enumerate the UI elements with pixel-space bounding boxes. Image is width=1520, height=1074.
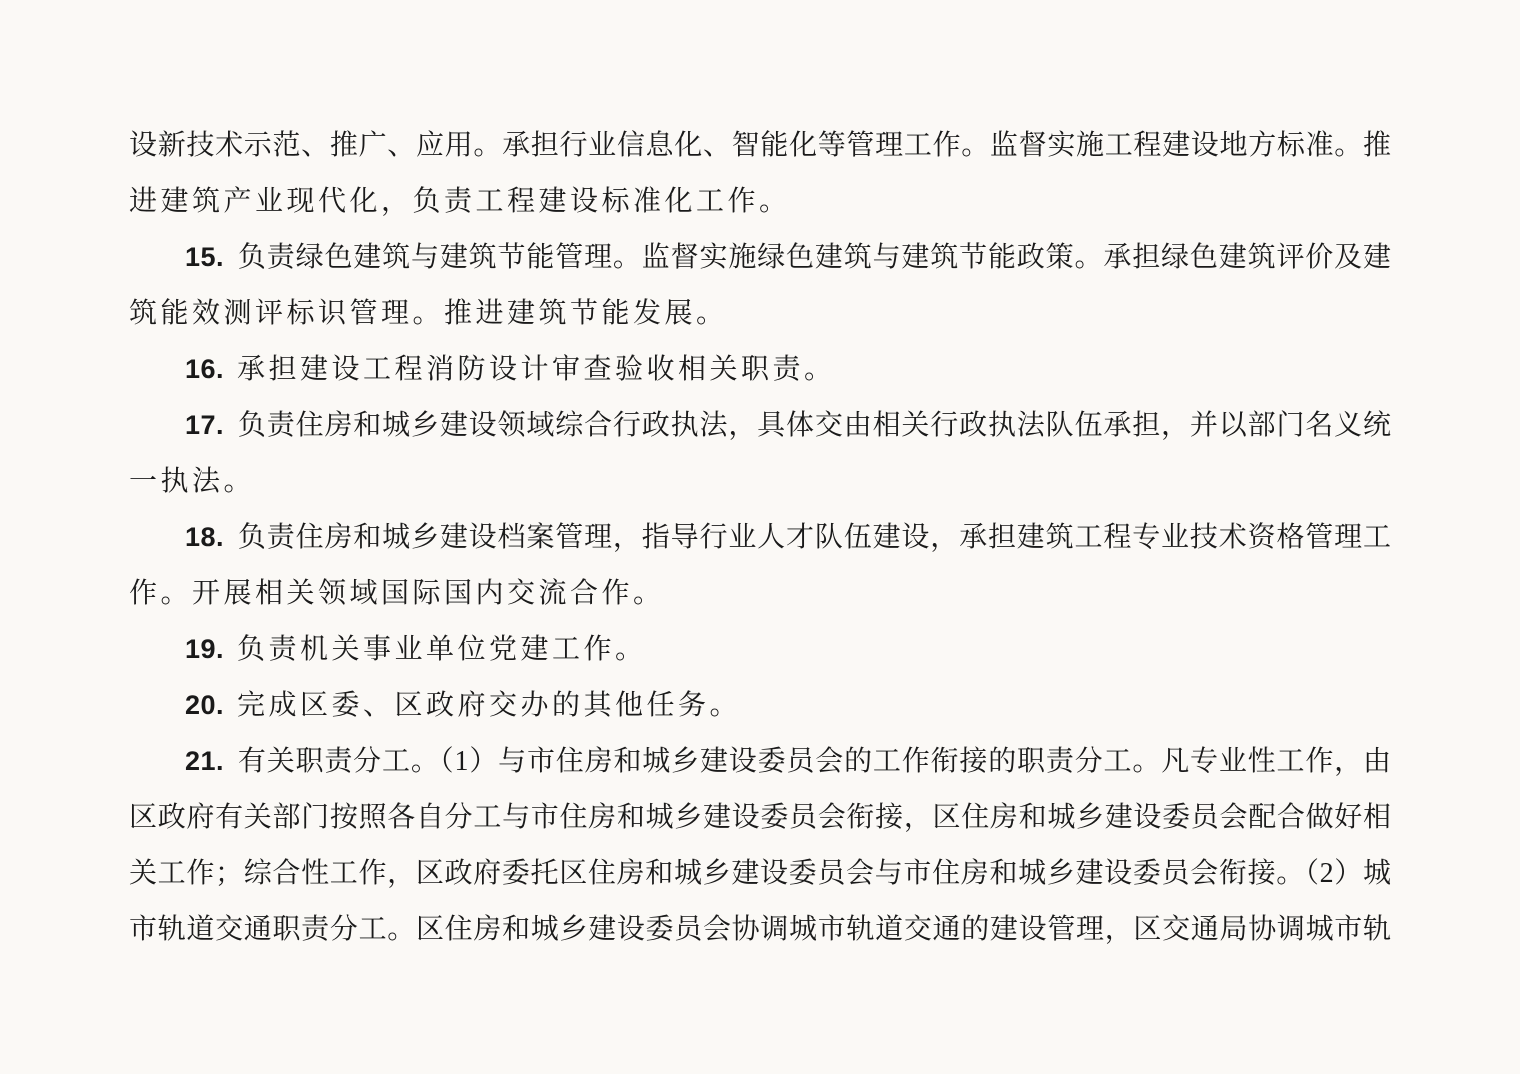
line-text: 作。开展相关领域国际国内交流合作。 bbox=[129, 578, 665, 609]
line-text: 负责住房和城乡建设领域综合行政执法，具体交由相关行政执法队伍承担，并以部门名义统 bbox=[237, 410, 1391, 441]
line-text: 市轨道交通职责分工。区住房和城乡建设委员会协调城市轨道交通的建设管理，区交通局协… bbox=[129, 914, 1391, 945]
text-line: 关工作；综合性工作，区政府委托区住房和城乡建设委员会与市住房和城乡建设委员会衔接… bbox=[129, 845, 1391, 901]
list-number: 20. bbox=[185, 690, 224, 720]
line-text: 一执法。 bbox=[129, 466, 255, 497]
line-text: 负责绿色建筑与建筑节能管理。监督实施绿色建筑与建筑节能政策。承担绿色建筑评价及建 bbox=[237, 242, 1391, 273]
list-number: 19. bbox=[185, 634, 224, 664]
text-line: 18.负责住房和城乡建设档案管理，指导行业人才队伍建设，承担建筑工程专业技术资格… bbox=[129, 509, 1391, 565]
line-text: 有关职责分工。（1）与市住房和城乡建设委员会的工作衔接的职责分工。凡专业性工作，… bbox=[237, 746, 1391, 777]
text-line: 设新技术示范、推广、应用。承担行业信息化、智能化等管理工作。监督实施工程建设地方… bbox=[129, 117, 1391, 173]
text-line: 19.负责机关事业单位党建工作。 bbox=[129, 621, 1391, 677]
text-line: 21.有关职责分工。（1）与市住房和城乡建设委员会的工作衔接的职责分工。凡专业性… bbox=[129, 733, 1391, 789]
line-text: 承担建设工程消防设计审查验收相关职责。 bbox=[237, 354, 836, 385]
list-number: 21. bbox=[185, 746, 224, 776]
text-line: 16.承担建设工程消防设计审查验收相关职责。 bbox=[129, 341, 1391, 397]
line-text: 负责机关事业单位党建工作。 bbox=[237, 634, 647, 665]
text-line: 17.负责住房和城乡建设领域综合行政执法，具体交由相关行政执法队伍承担，并以部门… bbox=[129, 397, 1391, 453]
document-page: 设新技术示范、推广、应用。承担行业信息化、智能化等管理工作。监督实施工程建设地方… bbox=[0, 0, 1520, 1074]
text-line: 一执法。 bbox=[129, 453, 1391, 509]
text-line: 区政府有关部门按照各自分工与市住房和城乡建设委员会衔接，区住房和城乡建设委员会配… bbox=[129, 789, 1391, 845]
line-text: 筑能效测评标识管理。推进建筑节能发展。 bbox=[129, 298, 728, 329]
text-line: 15.负责绿色建筑与建筑节能管理。监督实施绿色建筑与建筑节能政策。承担绿色建筑评… bbox=[129, 229, 1391, 285]
document-body: 设新技术示范、推广、应用。承担行业信息化、智能化等管理工作。监督实施工程建设地方… bbox=[129, 117, 1391, 957]
line-text: 完成区委、区政府交办的其他任务。 bbox=[237, 690, 741, 721]
text-line: 筑能效测评标识管理。推进建筑节能发展。 bbox=[129, 285, 1391, 341]
line-text: 区政府有关部门按照各自分工与市住房和城乡建设委员会衔接，区住房和城乡建设委员会配… bbox=[129, 802, 1391, 833]
line-text: 关工作；综合性工作，区政府委托区住房和城乡建设委员会与市住房和城乡建设委员会衔接… bbox=[129, 858, 1391, 889]
line-text: 进建筑产业现代化，负责工程建设标准化工作。 bbox=[129, 186, 791, 217]
line-text: 负责住房和城乡建设档案管理，指导行业人才队伍建设，承担建筑工程专业技术资格管理工 bbox=[237, 522, 1391, 553]
list-number: 16. bbox=[185, 354, 224, 384]
line-text: 设新技术示范、推广、应用。承担行业信息化、智能化等管理工作。监督实施工程建设地方… bbox=[129, 130, 1391, 161]
list-number: 17. bbox=[185, 410, 224, 440]
text-line: 进建筑产业现代化，负责工程建设标准化工作。 bbox=[129, 173, 1391, 229]
list-number: 18. bbox=[185, 522, 224, 552]
text-line: 20.完成区委、区政府交办的其他任务。 bbox=[129, 677, 1391, 733]
text-line: 作。开展相关领域国际国内交流合作。 bbox=[129, 565, 1391, 621]
list-number: 15. bbox=[185, 242, 224, 272]
text-line: 市轨道交通职责分工。区住房和城乡建设委员会协调城市轨道交通的建设管理，区交通局协… bbox=[129, 901, 1391, 957]
